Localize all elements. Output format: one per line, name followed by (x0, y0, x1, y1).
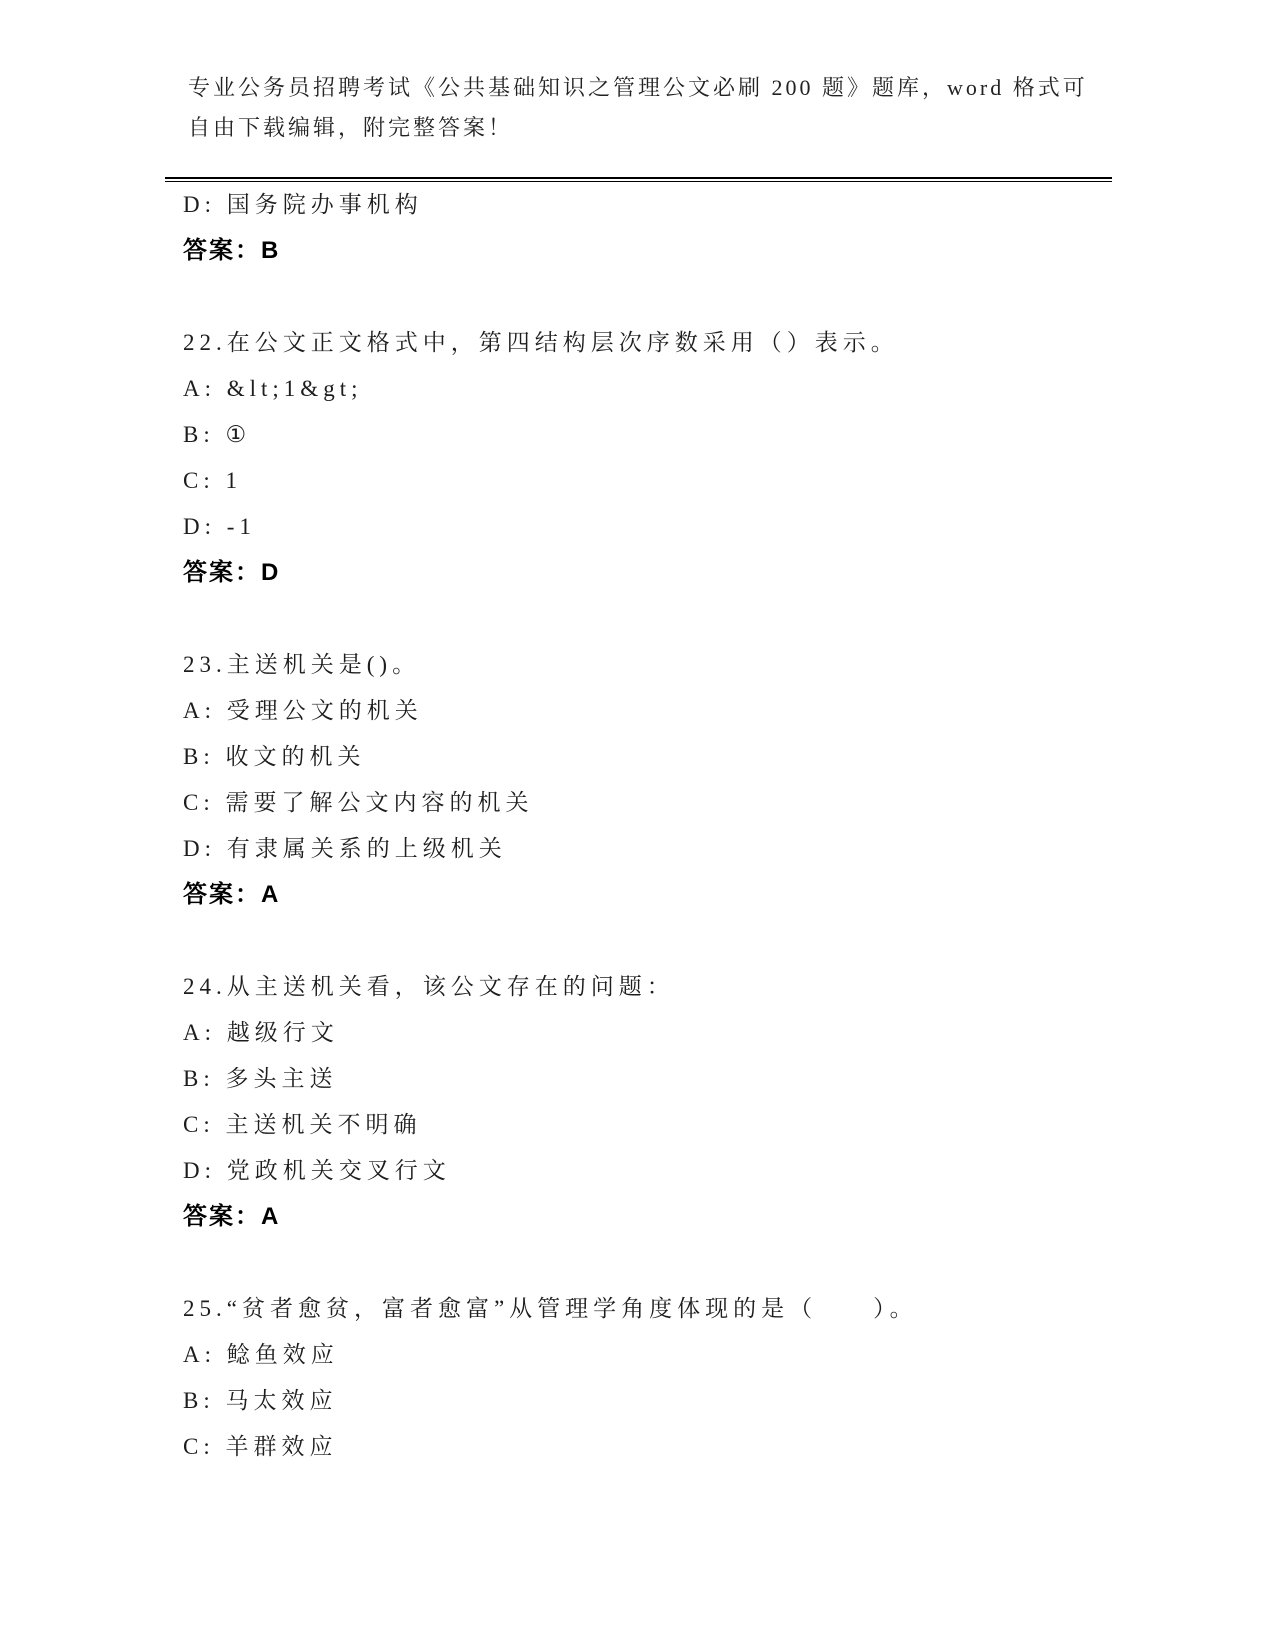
header-text-line-1: 专业公务员招聘考试《公共基础知识之管理公文必刷 200 题》题库，word 格式… (165, 68, 1112, 108)
question-stem-24: 24.从主送机关看，该公文存在的问题： (165, 964, 1112, 1010)
option-line-24-a: A: 越级行文 (165, 1010, 1112, 1056)
option-line-23-c: C: 需要了解公文内容的机关 (165, 780, 1112, 826)
option-line-24-d: D: 党政机关交叉行文 (165, 1148, 1112, 1194)
option-line-25-a: A: 鲶鱼效应 (165, 1332, 1112, 1378)
question-block-22: 22.在公文正文格式中，第四结构层次序数采用（）表示。 A: &lt;1&gt;… (165, 320, 1112, 596)
option-line-22-b: B: ① (165, 412, 1112, 458)
option-line-25-c: C: 羊群效应 (165, 1424, 1112, 1470)
page-header: 专业公务员招聘考试《公共基础知识之管理公文必刷 200 题》题库，word 格式… (165, 68, 1112, 182)
question-block-24: 24.从主送机关看，该公文存在的问题： A: 越级行文 B: 多头主送 C: 主… (165, 964, 1112, 1240)
question-block-23: 23.主送机关是()。 A: 受理公文的机关 B: 收文的机关 C: 需要了解公… (165, 642, 1112, 918)
option-line-23-d: D: 有隶属关系的上级机关 (165, 826, 1112, 872)
option-line-22-a: A: &lt;1&gt; (165, 366, 1112, 412)
question-stem-25: 25.“贫者愈贫，富者愈富”从管理学角度体现的是（ ）。 (165, 1286, 1112, 1332)
option-line-24-c: C: 主送机关不明确 (165, 1102, 1112, 1148)
question-block-21-tail: D: 国务院办事机构 答案：B (165, 182, 1112, 274)
option-line-24-b: B: 多头主送 (165, 1056, 1112, 1102)
question-block-25: 25.“贫者愈贫，富者愈富”从管理学角度体现的是（ ）。 A: 鲶鱼效应 B: … (165, 1286, 1112, 1470)
option-line-23-b: B: 收文的机关 (165, 734, 1112, 780)
option-line-25-b: B: 马太效应 (165, 1378, 1112, 1424)
answer-line-22: 答案：D (165, 550, 1112, 596)
answer-line-23: 答案：A (165, 872, 1112, 918)
answer-line-21: 答案：B (165, 228, 1112, 274)
document-page: 专业公务员招聘考试《公共基础知识之管理公文必刷 200 题》题库，word 格式… (0, 0, 1275, 1650)
option-line-21-d: D: 国务院办事机构 (165, 182, 1112, 228)
header-text-line-2: 自由下载编辑，附完整答案！ (165, 108, 1112, 148)
answer-line-24: 答案：A (165, 1194, 1112, 1240)
option-line-23-a: A: 受理公文的机关 (165, 688, 1112, 734)
question-stem-23: 23.主送机关是()。 (165, 642, 1112, 688)
document-content: D: 国务院办事机构 答案：B 22.在公文正文格式中，第四结构层次序数采用（）… (165, 182, 1112, 1470)
option-line-22-d: D: -1 (165, 504, 1112, 550)
option-line-22-c: C: 1 (165, 458, 1112, 504)
question-stem-22: 22.在公文正文格式中，第四结构层次序数采用（）表示。 (165, 320, 1112, 366)
